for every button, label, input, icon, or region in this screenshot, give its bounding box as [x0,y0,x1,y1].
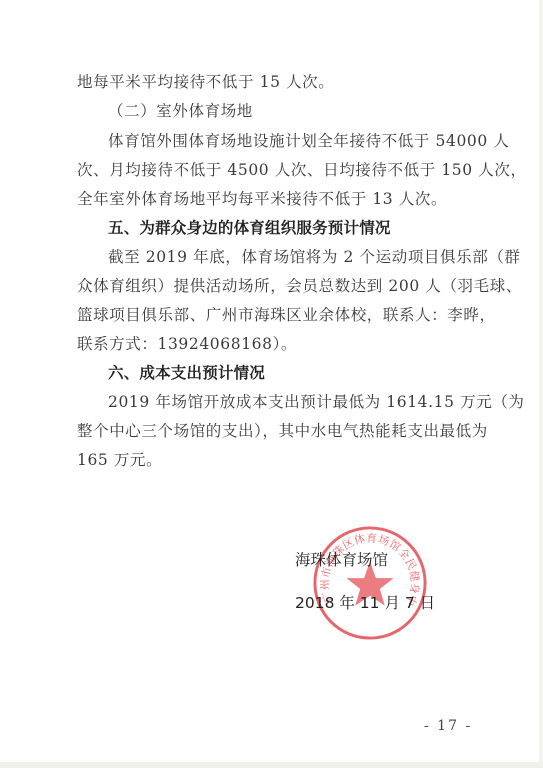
paragraph-line: 截至 2019 年底，体育场馆将为 2 个运动项目俱乐部（群 [108,247,508,267]
page-number: - 17 - [424,718,472,734]
document-page: 地每平米平均接待不低于 15 人次。 （二）室外体育场地 体育馆外围体育场地设施… [0,0,543,768]
paragraph-line: 地每平米平均接待不低于 15 人次。 [77,72,477,92]
paragraph-line: 联系方式：13924068168）。 [77,334,477,354]
section-heading-five: 五、为群众身边的体育组织服务预计情况 [108,218,508,238]
paragraph-line: 篮球项目俱乐部、广州市海珠区业余体校，联系人：李晔， [77,305,477,325]
section-heading-six: 六、成本支出预计情况 [108,363,508,383]
page-edge-right [539,0,543,768]
page-edge-bottom [0,762,543,768]
signature-organization: 海珠体育场馆 [295,548,388,570]
paragraph-line: 整个中心三个场馆的支出），其中水电气热能耗支出最低为 [77,421,477,441]
paragraph-line: 众体育组织）提供活动场所，会员总数达到 200 人（羽毛球、 [77,276,477,296]
subsection-heading-outdoor: （二）室外体育场地 [108,101,508,121]
official-seal-icon: 广州市海珠区体育场馆全民健身中心 [311,524,429,642]
signature-date: 2018 年 11 月 7 日 [295,591,435,613]
paragraph-line: 2019 年场馆开放成本支出预计最低为 1614.15 万元（为 [108,392,508,412]
paragraph-line: 全年室外体育场地平均每平米接待不低于 13 人次。 [77,189,477,209]
paragraph-line: 165 万元。 [77,450,477,470]
paragraph-line: 体育馆外围体育场地设施计划全年接待不低于 54000 人 [108,131,508,151]
paragraph-line: 次、月均接待不低于 4500 人次、日均接待不低于 150 人次， [77,160,477,180]
